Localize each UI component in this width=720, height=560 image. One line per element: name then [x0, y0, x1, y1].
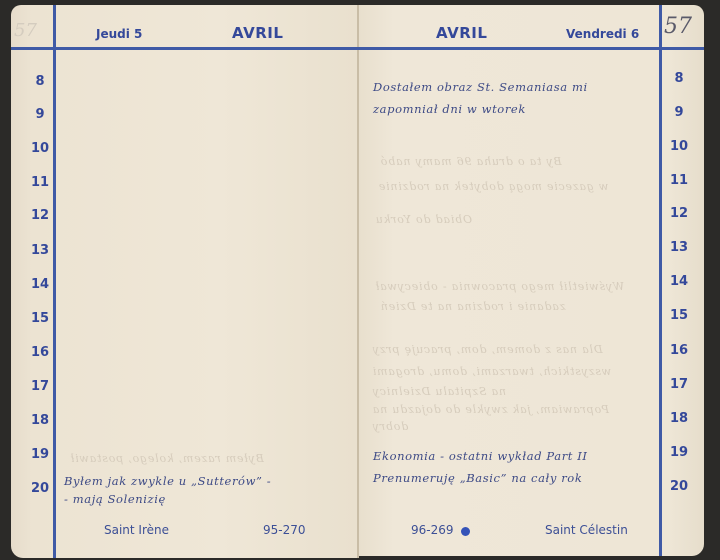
- hour-label: 15: [665, 308, 693, 323]
- left-saint-name: Saint Irène: [104, 523, 169, 537]
- hour-label: 19: [26, 447, 54, 462]
- handwritten-note-line: Ekonomia - ostatni wykład Part II: [373, 449, 588, 463]
- hour-label: 9: [26, 107, 54, 122]
- bleed-through-text: zadanie i rodzina na te Dzień: [380, 300, 565, 313]
- handwritten-note-line: - mają Solenizię: [64, 492, 166, 506]
- bleed-through-text: Obiad do Yorku: [375, 213, 472, 226]
- handwritten-note-line: Dostałem obraz St. Semaniasa mi: [373, 80, 588, 94]
- hour-label: 18: [665, 411, 693, 426]
- hour-label: 17: [665, 377, 693, 392]
- right-month-label: AVRIL: [436, 24, 487, 42]
- handwritten-note-line: Byłem jak zwykle u „Sutterów” -: [64, 474, 271, 488]
- bleed-through-text: Poprawiam, jak zwykle do dojazdu na: [372, 403, 609, 416]
- header-rule: [11, 47, 704, 50]
- hour-label: 14: [665, 274, 693, 289]
- hour-label: 9: [665, 105, 693, 120]
- page-number: 57: [664, 14, 692, 39]
- bleed-through-text: wszystkich, twarzami, domu, drogami: [372, 365, 611, 378]
- bleed-through-text: dobry: [372, 420, 408, 433]
- right-saint-name: Saint Célestin: [545, 523, 628, 537]
- hour-label: 11: [26, 175, 54, 190]
- hour-label: 12: [665, 206, 693, 221]
- hour-label: 20: [26, 481, 54, 496]
- left-day-count: 95-270: [263, 523, 306, 537]
- bleed-through-text: na Szpitalu Dzielnicy: [372, 385, 506, 398]
- hour-label: 8: [26, 74, 54, 89]
- hour-label: 10: [665, 139, 693, 154]
- hour-label: 16: [26, 345, 54, 360]
- handwritten-note-line: zapomniał dni w wtorek: [373, 102, 526, 116]
- hour-label: 16: [665, 343, 693, 358]
- bleed-through-text: w gazecie mogą dobytek na rodzinie: [378, 180, 608, 193]
- handwritten-note-line: Prenumeruję „Basic” na cały rok: [373, 471, 582, 485]
- hour-label: 20: [665, 479, 693, 494]
- bleed-through-text: By ta o druha 96 mamy nabó: [380, 155, 562, 168]
- hour-label: 11: [665, 173, 693, 188]
- bleed-through-text: Dla nas z domem, dom, pracuję przy: [372, 343, 603, 356]
- hour-label: 13: [665, 240, 693, 255]
- hour-label: 19: [665, 445, 693, 460]
- right-day-label: Vendredi 6: [566, 27, 639, 41]
- hour-label: 14: [26, 277, 54, 292]
- hour-label: 12: [26, 208, 54, 223]
- left-day-label: Jeudi 5: [96, 27, 142, 41]
- hour-label: 8: [665, 71, 693, 86]
- bleed-through-text: Byłem razem, kolego, postawił: [70, 452, 264, 465]
- full-moon-icon: [461, 527, 470, 536]
- bleed-page-number: 57: [14, 20, 37, 41]
- hour-label: 10: [26, 141, 54, 156]
- hour-label: 13: [26, 243, 54, 258]
- left-month-label: AVRIL: [232, 24, 283, 42]
- book-gutter: [357, 5, 359, 558]
- hour-label: 15: [26, 311, 54, 326]
- hour-label: 18: [26, 413, 54, 428]
- right-margin-rule: [659, 5, 662, 556]
- hour-label: 17: [26, 379, 54, 394]
- bleed-through-text: Wyświetlił mego pracownia - obiecywał: [375, 280, 624, 293]
- right-day-count: 96-269: [411, 523, 454, 537]
